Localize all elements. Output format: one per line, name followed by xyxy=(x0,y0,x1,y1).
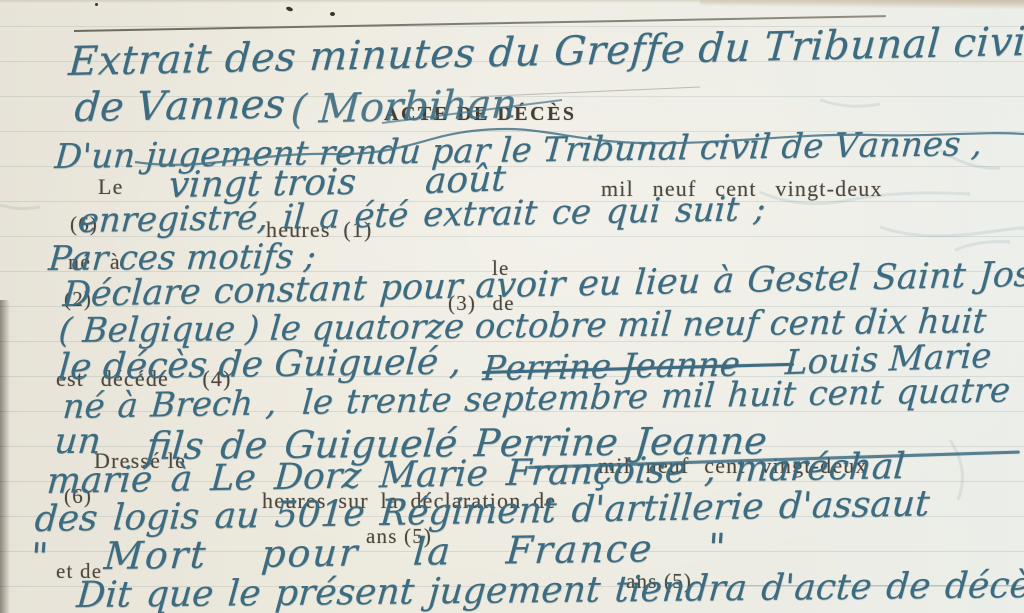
printed-le: Le xyxy=(98,176,124,198)
hw-un: un xyxy=(53,424,103,460)
ink-speck xyxy=(330,12,335,16)
ink-speck xyxy=(286,6,294,12)
hw-de-vannes: de Vannes xyxy=(73,84,286,128)
page-gutter-shadow xyxy=(0,300,10,613)
hw-deces-de-guiguele: le décès de Guiguelé , xyxy=(57,344,462,386)
page-corner-shadow xyxy=(700,0,1024,10)
document-page: ACTE DE DÉCÈS Le mil neuf cent vingt-deu… xyxy=(0,0,1024,613)
hw-dit-que-jugement: Dit que le présent jugement tiendra d'ac… xyxy=(75,568,1024,613)
ink-speck xyxy=(95,3,98,6)
hw-morbihan: ( Morbihan xyxy=(290,84,519,130)
